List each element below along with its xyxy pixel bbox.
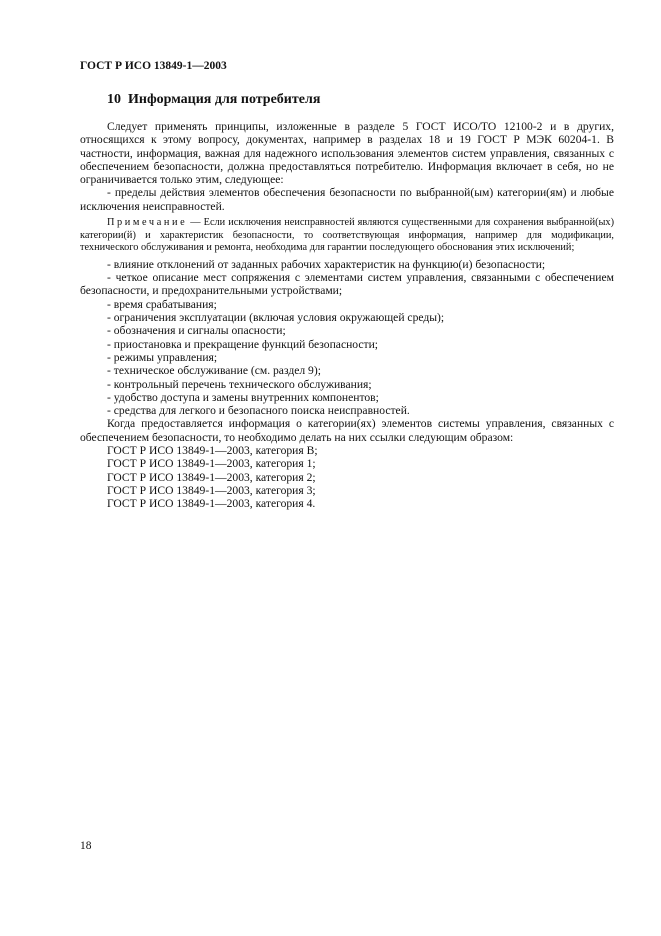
document-header: ГОСТ Р ИСО 13849-1—2003 bbox=[80, 60, 227, 72]
list-item: - техническое обслуживание (см. раздел 9… bbox=[80, 364, 614, 377]
intro-paragraph: Следует применять принципы, изложенные в… bbox=[80, 120, 614, 186]
reference-item: ГОСТ Р ИСО 13849-1—2003, категория 1; bbox=[80, 457, 614, 470]
list-item: - приостановка и прекращение функций без… bbox=[80, 338, 614, 351]
reference-list: ГОСТ Р ИСО 13849-1—2003, категория B;ГОС… bbox=[80, 444, 614, 510]
list-item: - режимы управления; bbox=[80, 351, 614, 364]
page-number: 18 bbox=[80, 840, 92, 852]
closing-paragraph: Когда предоставляется информация о катег… bbox=[80, 417, 614, 444]
section-body: Следует применять принципы, изложенные в… bbox=[80, 120, 614, 511]
list-item: - обозначения и сигналы опасности; bbox=[80, 324, 614, 337]
list-item: - четкое описание мест сопряжения с элем… bbox=[80, 271, 614, 298]
list-item: - контрольный перечень технического обсл… bbox=[80, 378, 614, 391]
list-item: - время срабатывания; bbox=[80, 298, 614, 311]
reference-item: ГОСТ Р ИСО 13849-1—2003, категория B; bbox=[80, 444, 614, 457]
section-title: 10 Информация для потребителя bbox=[107, 92, 320, 108]
reference-item: ГОСТ Р ИСО 13849-1—2003, категория 4. bbox=[80, 497, 614, 510]
list-item: - средства для легкого и безопасного пои… bbox=[80, 404, 614, 417]
note: Примечание — Если исключения неисправнос… bbox=[80, 217, 614, 255]
section-heading: Информация для потребителя bbox=[128, 92, 320, 107]
section-number: 10 bbox=[107, 92, 121, 107]
list-item: - ограничения эксплуатации (включая усло… bbox=[80, 311, 614, 324]
info-list: - влияние отклонений от заданных рабочих… bbox=[80, 258, 614, 418]
reference-item: ГОСТ Р ИСО 13849-1—2003, категория 3; bbox=[80, 484, 614, 497]
list-item: - удобство доступа и замены внутренних к… bbox=[80, 391, 614, 404]
list-item: - влияние отклонений от заданных рабочих… bbox=[80, 258, 614, 271]
note-label: Примечание bbox=[107, 217, 187, 228]
reference-item: ГОСТ Р ИСО 13849-1—2003, категория 2; bbox=[80, 471, 614, 484]
list-item: - пределы действия элементов обеспечения… bbox=[80, 186, 614, 213]
